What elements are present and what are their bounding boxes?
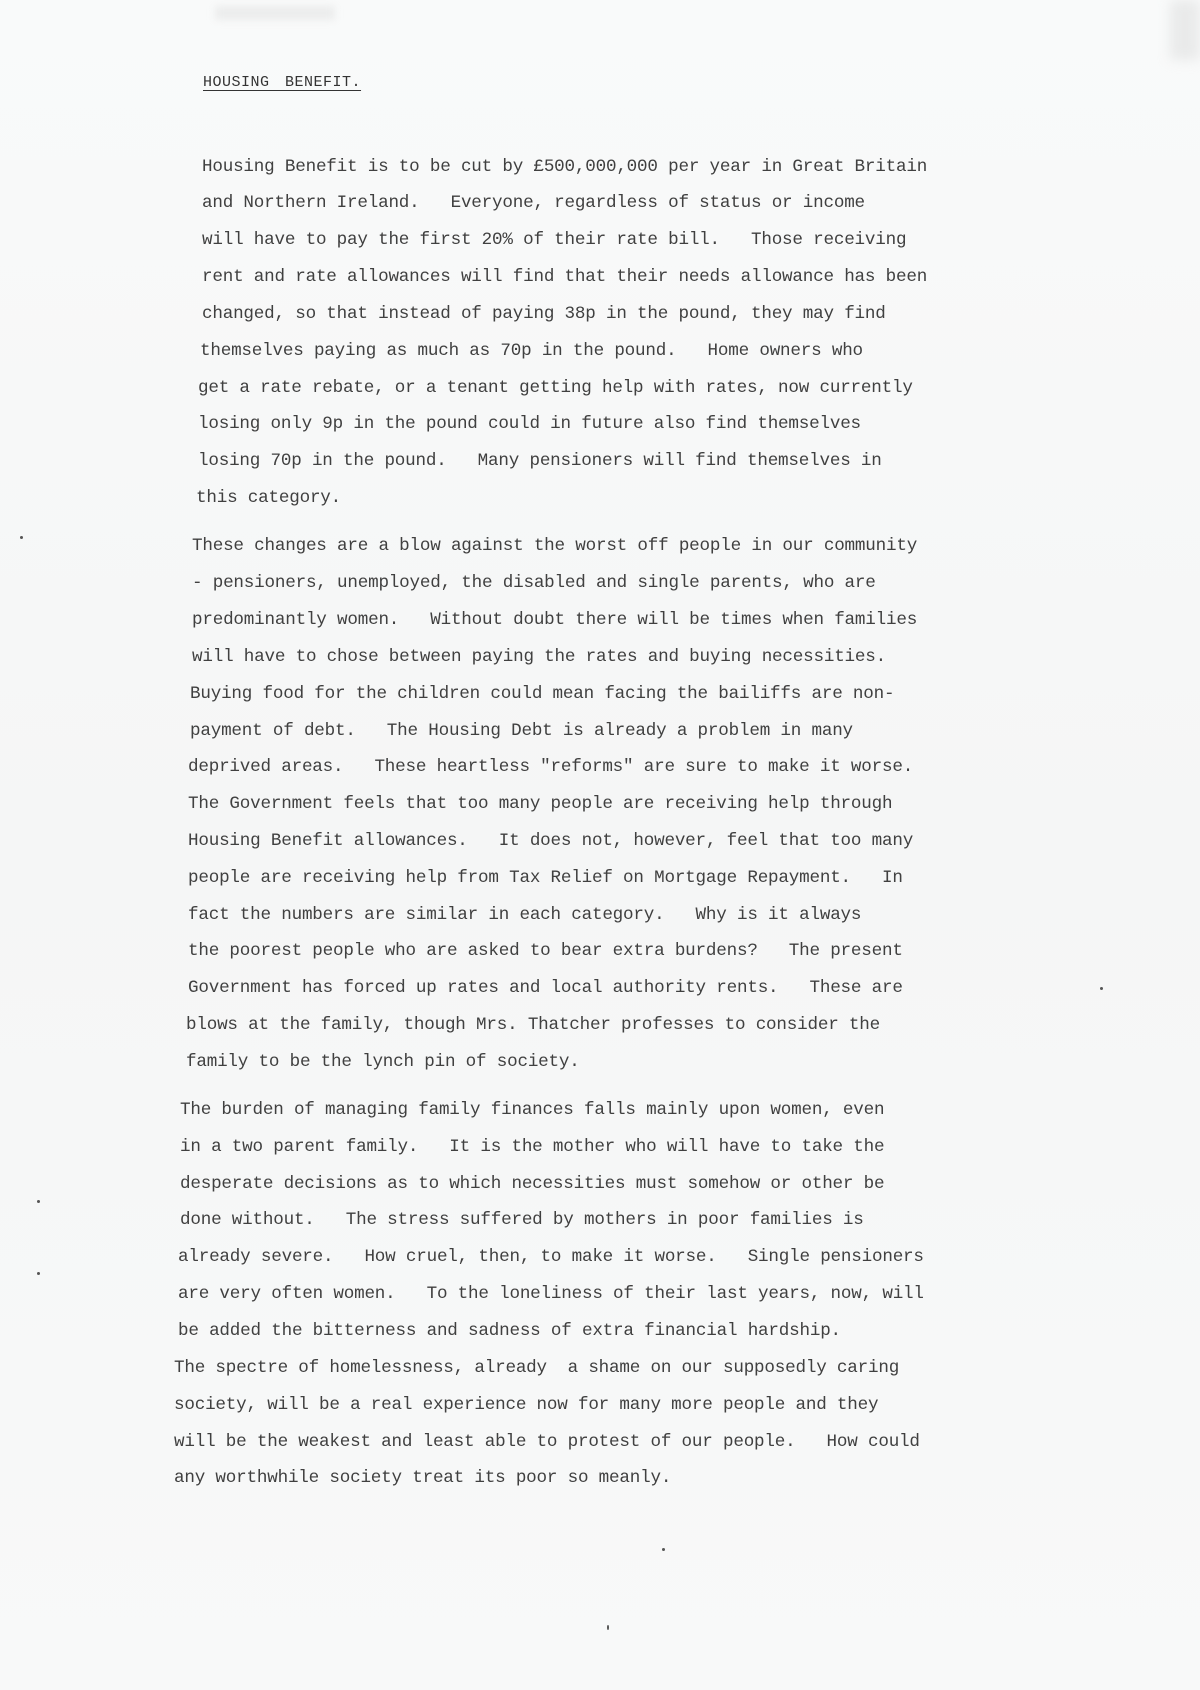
text-line: rent and rate allowances will find that … bbox=[202, 267, 927, 287]
document-page: HOUSING BENEFIT. Housing Benefit is to b… bbox=[0, 0, 1200, 1690]
text-line: changed, so that instead of paying 38p i… bbox=[202, 304, 886, 324]
text-line: deprived areas. These heartless "reforms… bbox=[188, 757, 913, 777]
scan-smudge bbox=[215, 6, 335, 20]
text-line: predominantly women. Without doubt there… bbox=[192, 610, 917, 630]
text-line: blows at the family, though Mrs. Thatche… bbox=[186, 1015, 880, 1035]
text-line: done without. The stress suffered by mot… bbox=[180, 1210, 864, 1230]
text-line: society, will be a real experience now f… bbox=[174, 1395, 878, 1415]
text-line: payment of debt. The Housing Debt is alr… bbox=[190, 721, 853, 741]
text-line: are very often women. To the loneliness … bbox=[178, 1284, 924, 1304]
text-line: will have to chose between paying the ra… bbox=[192, 647, 886, 667]
text-line: Buying food for the children could mean … bbox=[190, 684, 894, 704]
text-line: losing 70p in the pound. Many pensioners… bbox=[198, 451, 882, 471]
text-line: losing only 9p in the pound could in fut… bbox=[198, 414, 861, 434]
text-line: The Government feels that too many peopl… bbox=[188, 794, 892, 814]
scan-speck bbox=[37, 1200, 40, 1203]
text-line: will have to pay the first 20% of their … bbox=[202, 230, 906, 250]
text-line: family to be the lynch pin of society. bbox=[186, 1052, 580, 1072]
text-line: get a rate rebate, or a tenant getting h… bbox=[198, 378, 913, 398]
text-line: - pensioners, unemployed, the disabled a… bbox=[192, 573, 876, 593]
text-line: the poorest people who are asked to bear… bbox=[188, 941, 903, 961]
text-line: people are receiving help from Tax Relie… bbox=[188, 868, 903, 888]
scan-speck bbox=[37, 1272, 40, 1275]
text-line: any worthwhile society treat its poor so… bbox=[174, 1468, 671, 1488]
text-line: be added the bitterness and sadness of e… bbox=[178, 1321, 841, 1341]
scan-speck bbox=[607, 1625, 609, 1630]
text-line: Housing Benefit is to be cut by £500,000… bbox=[202, 157, 927, 177]
text-line: These changes are a blow against the wor… bbox=[192, 536, 917, 556]
text-line: themselves paying as much as 70p in the … bbox=[200, 341, 863, 361]
scan-speck bbox=[662, 1548, 665, 1551]
scan-smudge bbox=[1170, 0, 1200, 60]
scan-speck bbox=[20, 536, 23, 539]
text-line: and Northern Ireland. Everyone, regardle… bbox=[202, 193, 865, 213]
text-line: in a two parent family. It is the mother… bbox=[180, 1137, 884, 1157]
text-line: Government has forced up rates and local… bbox=[188, 978, 903, 998]
text-line: fact the numbers are similar in each cat… bbox=[188, 905, 861, 925]
text-line: desperate decisions as to which necessit… bbox=[180, 1174, 884, 1194]
text-line: The burden of managing family finances f… bbox=[180, 1100, 884, 1120]
text-line: will be the weakest and least able to pr… bbox=[174, 1432, 920, 1452]
scan-speck bbox=[1100, 987, 1103, 990]
text-line: Housing Benefit allowances. It does not,… bbox=[188, 831, 913, 851]
text-line: this category. bbox=[196, 488, 341, 508]
text-line: already severe. How cruel, then, to make… bbox=[178, 1247, 924, 1267]
text-line: The spectre of homelessness, already a s… bbox=[174, 1358, 899, 1378]
document-title: HOUSING BENEFIT. bbox=[203, 74, 361, 91]
